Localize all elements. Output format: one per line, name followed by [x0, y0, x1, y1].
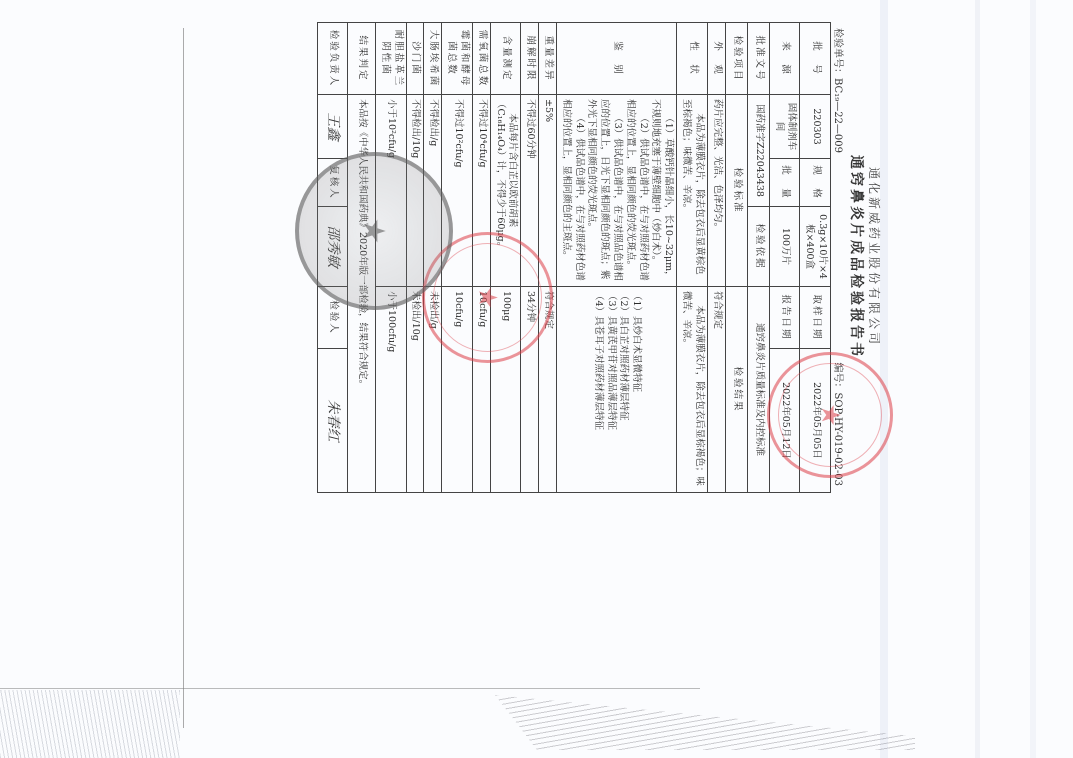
scan-artifact [1030, 0, 1036, 758]
responsible-signature: 王鑫 [318, 95, 348, 159]
test-item: 重量差异 [539, 23, 557, 95]
test-item: 沙门菌 [406, 23, 424, 95]
col-result: 检验结果 [725, 287, 747, 493]
inspector-signature: 朱春红 [318, 349, 348, 493]
result-line: （2）具白芷对照药材薄层特征 [617, 291, 630, 488]
gray-company-stamp: ★ [295, 152, 453, 310]
report-page: 通化新威药业股份有限公司 通窍鼻炎片成品检验报告书 检验单号：BC₁₉—22—0… [193, 22, 883, 492]
red-company-stamp: ★ [767, 352, 893, 478]
test-row: 外 观药片应完整、光洁、色泽均匀。符合规定 [707, 23, 725, 493]
test-standard: ±5% [539, 95, 557, 287]
standard-line: （4）供试品色谱中，在与对照药材色谱相应的位置上，显相同颜色的主斑点。 [559, 99, 585, 282]
responsible-label: 检验负责人 [318, 23, 348, 95]
approval-label: 批准文号 [747, 23, 769, 95]
inspection-number: 检验单号：BC₁₉—22—009 [831, 28, 847, 153]
test-item: 性 状 [677, 23, 708, 95]
test-result: 未检出/10g [406, 287, 424, 493]
header-row-approval: 批准文号 国药准字Z22043438 检验依据 通窍鼻炎片质量标准及内控标准 [747, 23, 769, 493]
standard-line: （1）草酸钙针晶细小，长10~32μm，不规则地充塞于薄壁细胞中（炒白术）。 [649, 99, 675, 282]
result-line: （3）具黄芪甲苷对照品薄层特征 [604, 291, 617, 488]
scan-artifact [0, 688, 700, 689]
test-row: 鉴 别（1）草酸钙针晶细小，长10~32μm，不规则地充塞于薄壁细胞中（炒白术）… [557, 23, 677, 493]
standard-line: 药片应完整、光洁、色泽均匀。 [710, 99, 723, 282]
scan-noise [0, 690, 180, 758]
standard-line: ±5% [541, 99, 554, 282]
result-line: 本品为薄膜衣片，除去包衣后显棕褐色；味微苦、辛凉。 [679, 291, 705, 488]
spec-value: 0.3g×10片×4板×400盒 [800, 207, 831, 287]
source-label: 来 源 [769, 23, 800, 95]
scan-artifact [975, 0, 980, 758]
result-line: （1）具炒白术显微特征 [629, 291, 642, 488]
sampling-date-label: 取样日期 [800, 287, 831, 349]
result-line: （4）具苍耳子对照药材薄层特征 [591, 291, 604, 488]
conclusion-label: 结果判定 [348, 23, 376, 95]
batch-label: 批 号 [800, 23, 831, 95]
test-item: 霉菌和酵母菌总数 [442, 23, 473, 95]
test-row: 重量差异±5%符合规定 [539, 23, 557, 493]
column-header-row: 检验项目 检验标准 检验结果 [725, 23, 747, 493]
result-line: 符合规定 [710, 291, 723, 488]
test-item: 外 观 [707, 23, 725, 95]
test-row: 性 状本品为薄膜衣片，除去包衣后显黄棕色至棕褐色；味微苦、辛凉。本品为薄膜衣片，… [677, 23, 708, 493]
batch-value: 220303 [800, 95, 831, 159]
test-result: 本品为薄膜衣片，除去包衣后显棕褐色；味微苦、辛凉。 [677, 287, 708, 493]
test-result: （1）具炒白术显微特征（2）具白芷对照药材薄层特征（3）具黄芪甲苷对照品薄层特征… [557, 287, 677, 493]
basis-label: 检验依据 [747, 207, 769, 287]
test-item: 耐胆盐革兰阴性菌 [376, 23, 407, 95]
col-item: 检验项目 [725, 23, 747, 95]
test-item: 崩解时限 [521, 23, 539, 95]
test-result: 符合规定 [707, 287, 725, 493]
standard-line: （3）供试品色谱中，在与对照品色谱相应的位置上，日光下显相同颜色的斑点；紫外光下… [585, 99, 623, 282]
test-standard: （1）草酸钙针晶细小，长10~32μm，不规则地充塞于薄壁细胞中（炒白术）。（2… [557, 95, 677, 287]
test-item: 需氧菌总数 [472, 23, 490, 95]
quantity-label: 批 量 [769, 159, 800, 207]
test-item: 大肠埃希菌 [424, 23, 442, 95]
test-standard: 药片应完整、光洁、色泽均匀。 [707, 95, 725, 287]
quantity-value: 100万片 [769, 207, 800, 287]
basis-value: 通窍鼻炎片质量标准及内控标准 [747, 287, 769, 493]
result-line: 未检出/10g [409, 291, 422, 488]
standard-line: （2）供试品色谱中，在与对照药材色谱相应的位置上，显相同颜色的荧光斑点。 [623, 99, 649, 282]
scan-streak [495, 695, 915, 750]
test-item: 含量测定 [490, 23, 521, 95]
spec-label: 规 格 [800, 159, 831, 207]
paper-edge [183, 28, 184, 728]
col-standard: 检验标准 [725, 95, 747, 287]
approval-value: 国药准字Z22043438 [747, 95, 769, 207]
source-value: 固体制剂车间 [769, 95, 800, 159]
test-standard: 本品为薄膜衣片，除去包衣后显黄棕色至棕褐色；味微苦、辛凉。 [677, 95, 708, 287]
report-date-label: 报告日期 [769, 287, 800, 349]
test-result: 小于100cfu/g [376, 287, 407, 493]
result-line: 小于100cfu/g [384, 291, 397, 488]
standard-line: 本品为薄膜衣片，除去包衣后显黄棕色至棕褐色；味微苦、辛凉。 [679, 99, 705, 282]
test-item: 鉴 别 [557, 23, 677, 95]
